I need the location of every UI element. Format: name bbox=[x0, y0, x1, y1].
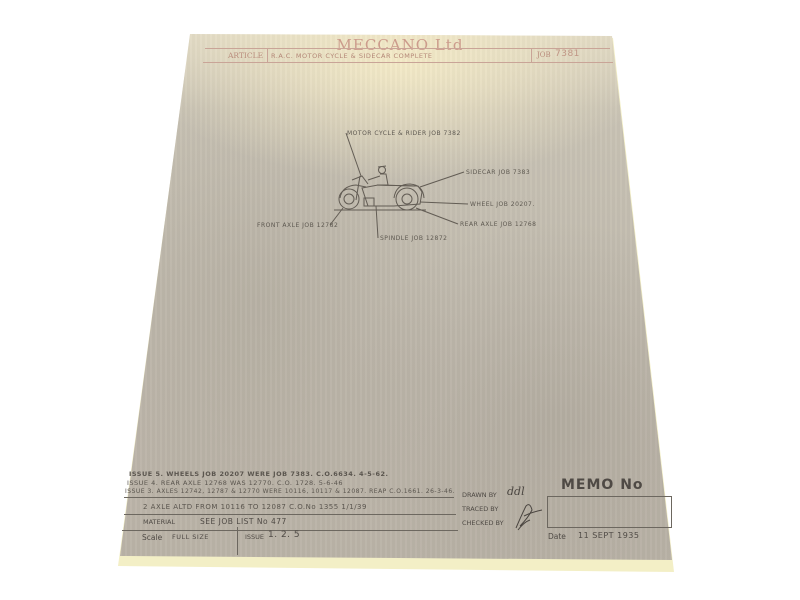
revision-divider-2 bbox=[124, 514, 456, 515]
date-label: Date bbox=[548, 532, 566, 541]
material-value: SEE JOB LIST No 477 bbox=[200, 517, 287, 526]
callout-motor-cycle-rider: MOTOR CYCLE & RIDER JOB 7382 bbox=[347, 130, 461, 137]
callout-front-axle: FRONT AXLE JOB 12782 bbox=[257, 222, 338, 229]
drawn-by-label: DRAWN BY bbox=[462, 491, 497, 499]
motorcycle-sidecar-drawing bbox=[0, 0, 800, 600]
memo-number-box bbox=[547, 496, 672, 528]
callout-sidecar: SIDECAR JOB 7383 bbox=[466, 169, 530, 176]
material-label: MATERIAL bbox=[143, 518, 175, 526]
traced-by-label: TRACED BY bbox=[462, 505, 498, 513]
scale-issue-divider bbox=[237, 527, 238, 555]
memo-label: MEMO No bbox=[561, 477, 644, 493]
checked-by-label: CHECKED BY bbox=[462, 519, 504, 527]
checked-by-signature bbox=[510, 500, 546, 532]
revision-issue-4: ISSUE 4. REAR AXLE 12768 WAS 12770. C.O.… bbox=[127, 479, 343, 487]
revision-issue-5: ISSUE 5. WHEELS JOB 20207 WERE JOB 7383.… bbox=[129, 470, 389, 478]
callout-rear-axle: REAR AXLE JOB 12768 bbox=[460, 221, 537, 228]
scale-value: FULL SIZE bbox=[172, 533, 209, 541]
date-value: 11 SEPT 1935 bbox=[578, 531, 639, 540]
revision-issue-2: 2 AXLE ALTD FROM 10116 TO 12087 C.O.No 1… bbox=[143, 503, 367, 511]
callout-wheel: WHEEL JOB 20207. bbox=[470, 201, 535, 208]
issue-label: ISSUE bbox=[245, 533, 264, 541]
revision-divider bbox=[124, 497, 454, 498]
revision-issue-3: ISSUE 3. AXLES 12742, 12787 & 12770 WERE… bbox=[125, 488, 455, 495]
drawn-by-signature: ddl bbox=[507, 485, 525, 498]
scale-label: Scale bbox=[142, 533, 162, 542]
issue-value: 1. 2. 5 bbox=[268, 530, 300, 540]
callout-spindle: SPINDLE JOB 12872 bbox=[380, 235, 447, 242]
